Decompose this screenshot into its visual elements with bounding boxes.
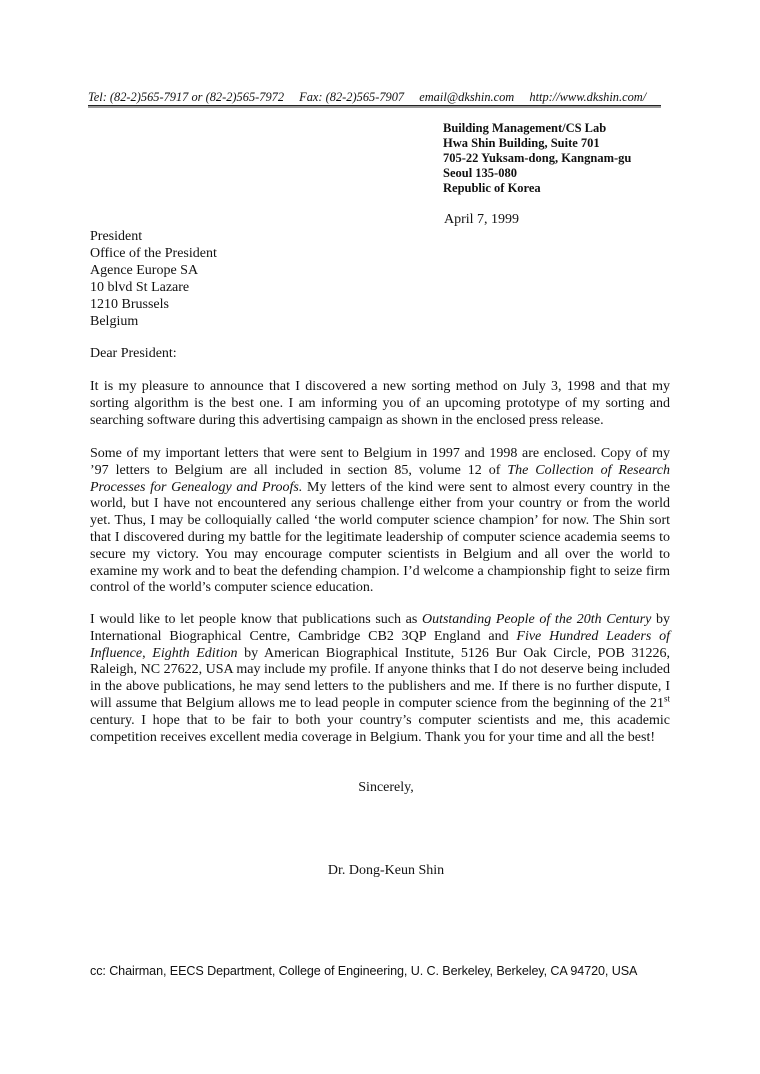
carbon-copy-line: cc: Chairman, EECS Department, College o… [90, 963, 637, 979]
paragraph-text: My letters of the kind were sent to almo… [90, 480, 670, 596]
email-link[interactable]: email@dkshin.com [419, 90, 514, 104]
website-link[interactable]: http://www.dkshin.com/ [529, 90, 646, 104]
salutation: Dear President: [90, 345, 177, 362]
sender-address-line: Seoul 135-080 [443, 166, 631, 181]
paragraph-text: , [142, 646, 152, 661]
body-paragraph-1: It is my pleasure to announce that I dis… [90, 379, 670, 429]
recipient-address-line: 10 blvd St Lazare [90, 279, 217, 296]
publication-title: Outstanding People of the 20th Century [422, 612, 651, 627]
body-paragraph-3: I would like to let people know that pub… [90, 612, 670, 746]
sender-address-line: Building Management/CS Lab [443, 121, 631, 136]
signature-name: Dr. Dong-Keun Shin [0, 862, 760, 879]
phone-numbers: Tel: (82-2)565-7917 or (82-2)565-7972 [88, 90, 284, 104]
contact-header: Tel: (82-2)565-7917 or (82-2)565-7972 Fa… [88, 90, 661, 106]
recipient-address-line: Belgium [90, 313, 217, 330]
letter-date: April 7, 1999 [444, 211, 519, 228]
recipient-address: President Office of the President Agence… [90, 228, 217, 330]
sender-address-line: 705-22 Yuksam-dong, Kangnam-gu [443, 151, 631, 166]
body-paragraph-2: Some of my important letters that were s… [90, 446, 670, 597]
ordinal-suffix: st [664, 693, 670, 703]
edition-title: Eighth Edition [152, 646, 237, 661]
recipient-address-line: 1210 Brussels [90, 296, 217, 313]
recipient-address-line: President [90, 228, 217, 245]
sender-address: Building Management/CS Lab Hwa Shin Buil… [443, 121, 631, 196]
fax-number: Fax: (82-2)565-7907 [299, 90, 404, 104]
recipient-address-line: Agence Europe SA [90, 262, 217, 279]
paragraph-text: century. I hope that to be fair to both … [90, 713, 670, 745]
sender-address-line: Hwa Shin Building, Suite 701 [443, 136, 631, 151]
paragraph-text: I would like to let people know that pub… [90, 612, 422, 627]
letter-page: Tel: (82-2)565-7917 or (82-2)565-7972 Fa… [0, 0, 760, 1074]
recipient-address-line: Office of the President [90, 245, 217, 262]
sender-address-line: Republic of Korea [443, 181, 631, 196]
closing: Sincerely, [0, 779, 760, 796]
